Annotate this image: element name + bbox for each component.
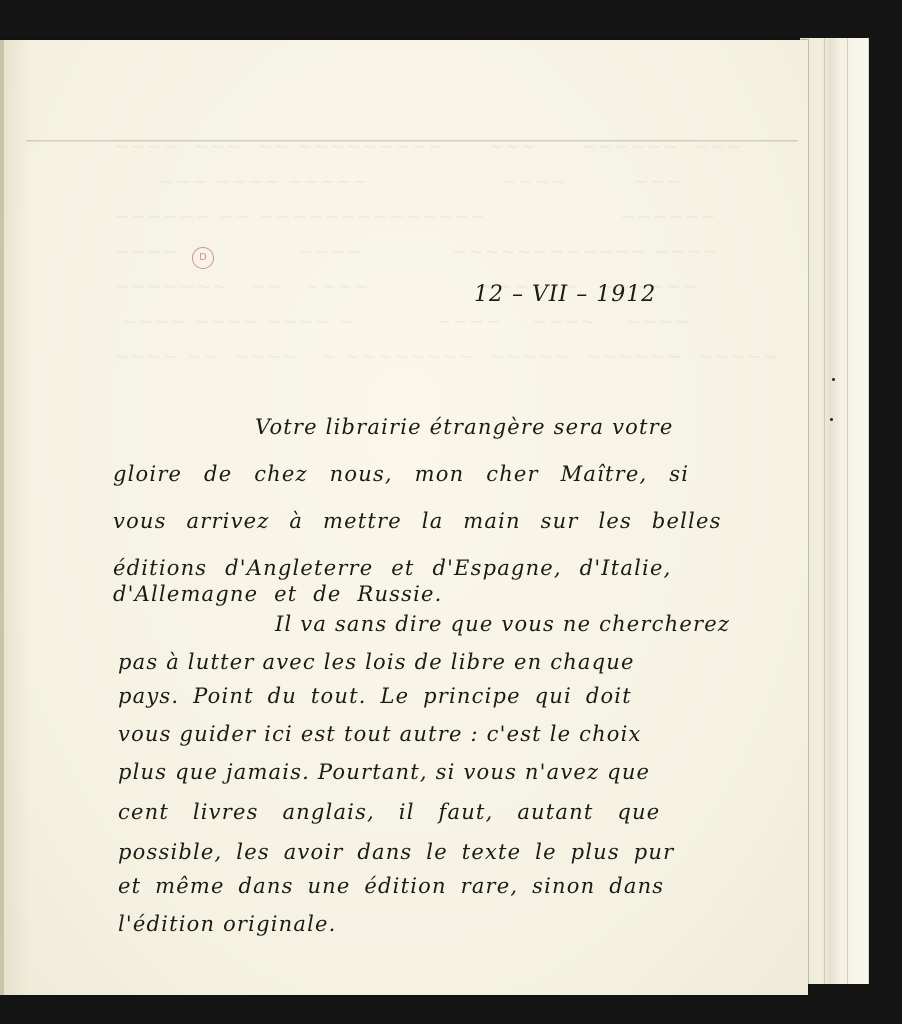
letter-line: Votre librairie étrangère sera votre <box>255 415 673 439</box>
letter-line: cent livres anglais, il faut, autant que <box>118 800 660 824</box>
binding-edge <box>0 40 4 995</box>
letter-line: vous arrivez à mettre la main sur les be… <box>113 509 722 533</box>
letter-line: d'Allemagne et de Russie. <box>113 582 443 606</box>
letter-line: Il va sans dire que vous ne chercherez <box>275 612 730 636</box>
letter-date: 12 – VII – 1912 <box>474 282 656 307</box>
page-stack-edge <box>800 38 869 984</box>
letter-line: éditions d'Angleterre et d'Espagne, d'It… <box>113 556 671 580</box>
letter-line: gloire de chez nous, mon cher Maître, si <box>113 462 689 486</box>
letter-line: vous guider ici est tout autre : c'est l… <box>118 722 642 746</box>
paper-speck <box>830 418 833 421</box>
letter-line: possible, les avoir dans le texte le plu… <box>118 840 674 864</box>
letter-line: pas à lutter avec les lois de libre en c… <box>118 650 635 674</box>
letter-line: plus que jamais. Pourtant, si vous n'ave… <box>118 760 650 784</box>
paper-speck <box>832 378 835 381</box>
letter-line: l'édition originale. <box>118 912 337 936</box>
archive-stamp: D <box>192 247 214 269</box>
fold-line <box>26 140 798 142</box>
letter-line: pays. Point du tout. Le principe qui doi… <box>118 684 632 708</box>
letter-line: et même dans une édition rare, sinon dan… <box>118 874 664 898</box>
